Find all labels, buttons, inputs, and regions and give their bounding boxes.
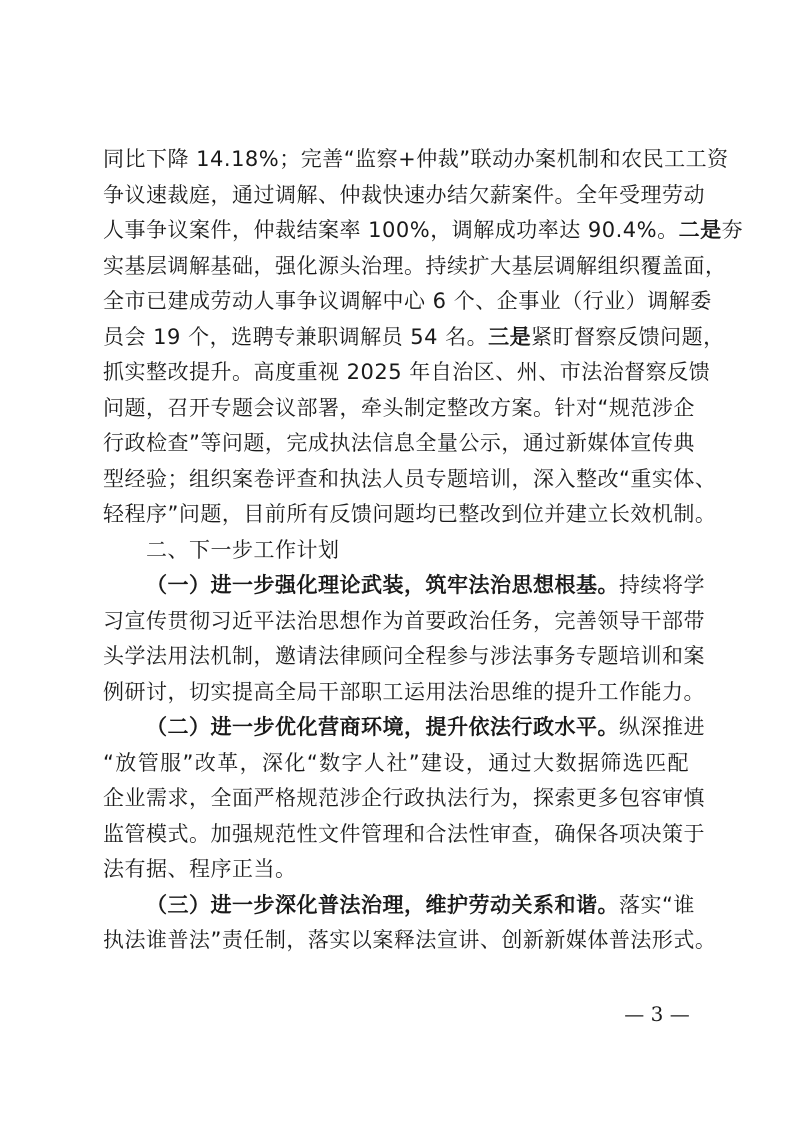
body-text: 夯 — [722, 218, 744, 242]
body-line: 问题，召开专题会议部署，牵头制定整改方案。针对“规范涉企 — [103, 395, 689, 421]
body-line: 监管模式。加强规范性文件管理和合法性审查，确保各项决策于 — [103, 821, 689, 847]
emphasis-text: 二是 — [679, 218, 722, 242]
page-number: — 3 — — [622, 1001, 692, 1027]
body-line: 企业需求，全面严格规范涉企行政执法行为，探索更多包容审慎 — [103, 785, 689, 811]
body-line: 执法谁普法”责任制，落实以案释法宣讲、创新新媒体普法形式。 — [103, 927, 689, 953]
body-text: 落实“谁 — [619, 893, 695, 917]
body-line: 全市已建成劳动人事争议调解中心 6 个、企事业（行业）调解委 — [103, 288, 689, 314]
body-text: 员会 19 个，选聘专兼职调解员 54 名。 — [103, 325, 488, 349]
plan-2-first-line: （二）进一步优化营商环境，提升依法行政水平。纵深推进 — [146, 714, 689, 740]
body-line: 争议速裁庭，通过调解、仲裁快速办结欠薪案件。全年受理劳动 — [103, 182, 689, 208]
body-line: 例研讨，切实提高全局干部职工运用法治思维的提升工作能力。 — [103, 679, 689, 705]
section-heading: 二、下一步工作计划 — [146, 537, 689, 563]
plan-3-first-line: （三）进一步深化普法治理，维护劳动关系和谐。落实“谁 — [146, 892, 689, 918]
body-line: 行政检查”等问题，完成执法信息全量公示，通过新媒体宣传典 — [103, 430, 689, 456]
body-line: 轻程序”问题，目前所有反馈问题均已整改到位并建立长效机制。 — [103, 501, 689, 527]
body-line: 法有据、程序正当。 — [103, 856, 689, 882]
body-text: 纵深推进 — [619, 715, 705, 739]
body-text: 人事争议案件，仲裁结案率 100%，调解成功率达 90.4%。 — [103, 218, 679, 242]
body-line: 实基层调解基础，强化源头治理。持续扩大基层调解组织覆盖面， — [103, 253, 689, 279]
body-line: 人事争议案件，仲裁结案率 100%，调解成功率达 90.4%。二是夯 — [103, 217, 689, 243]
body-line: 头学法用法机制，邀请法律顾问全程参与涉法事务专题培训和案 — [103, 643, 689, 669]
plan-1-title: （一）进一步强化理论武装，筑牢法治思想根基。 — [146, 573, 619, 597]
plan-3-title: （三）进一步深化普法治理，维护劳动关系和谐。 — [146, 893, 619, 917]
body-line: 习宣传贯彻习近平法治思想作为首要政治任务，完善领导干部带 — [103, 608, 689, 634]
body-line: 型经验；组织案卷评查和执法人员专题培训，深入整改“重实体、 — [103, 466, 689, 492]
body-line: 抓实整改提升。高度重视 2025 年自治区、州、市法治督察反馈 — [103, 359, 689, 385]
document-page: 同比下降 14.18%；完善“监察+仲裁”联动办案机制和农民工工资 争议速裁庭，… — [0, 0, 793, 1122]
body-line: 员会 19 个，选聘专兼职调解员 54 名。三是紧盯督察反馈问题， — [103, 324, 689, 350]
plan-2-title: （二）进一步优化营商环境，提升依法行政水平。 — [146, 715, 619, 739]
body-text: 持续将学 — [619, 573, 705, 597]
body-line: “放管服”改革，深化“数字人社”建设，通过大数据筛选匹配 — [103, 750, 689, 776]
body-line: 同比下降 14.18%；完善“监察+仲裁”联动办案机制和农民工工资 — [103, 146, 689, 172]
body-text: 紧盯督察反馈问题， — [531, 325, 725, 349]
emphasis-text: 三是 — [488, 325, 531, 349]
plan-1-first-line: （一）进一步强化理论武装，筑牢法治思想根基。持续将学 — [146, 572, 689, 598]
